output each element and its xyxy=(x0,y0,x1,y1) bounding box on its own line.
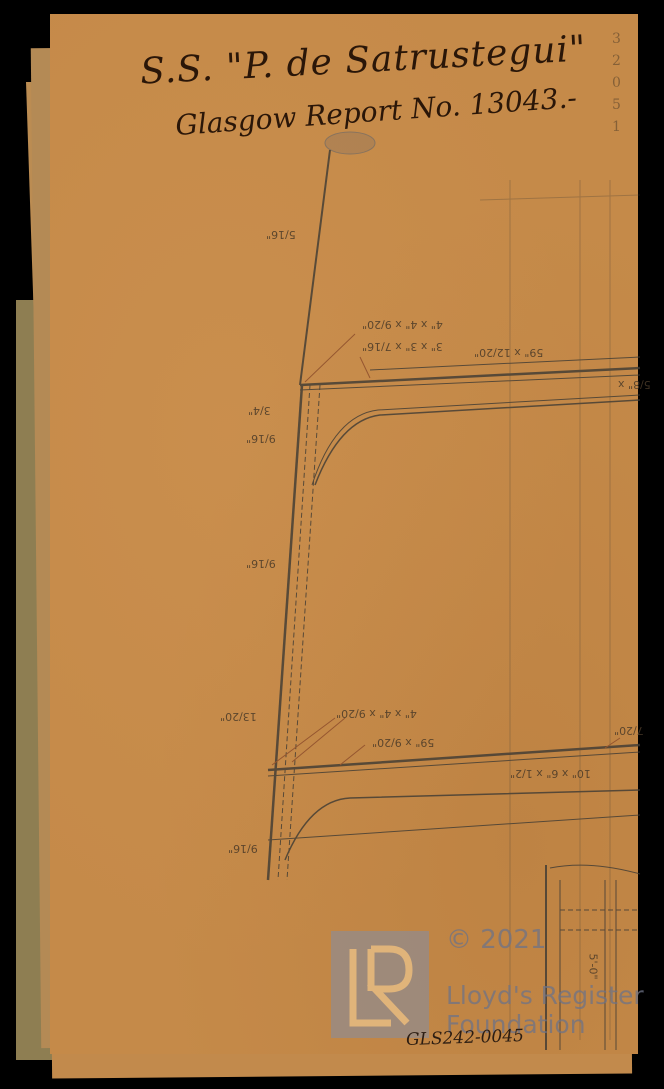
archive-reference: GLS242-0045 xyxy=(406,1026,525,1050)
dimension-label: 9/16" xyxy=(246,432,276,445)
watermark-org-name: Lloyd's Register xyxy=(446,981,644,1010)
edge-mark: 0 xyxy=(612,72,621,94)
dimension-label: 13/20" xyxy=(220,710,257,723)
dimension-label: 3/4" xyxy=(248,404,271,417)
dimension-label: 7/20" xyxy=(614,724,644,737)
watermark-copyright: © 2021 xyxy=(446,925,546,955)
dimension-label: 59" x 9/20" xyxy=(372,736,434,749)
ship-section-drawing xyxy=(0,0,664,1089)
lr-logo xyxy=(331,931,429,1038)
dimension-label: 5/16" xyxy=(266,228,296,241)
dimension-label: 10" x 6" x 1/2" xyxy=(510,767,591,780)
dimension-label: 3" x 3" x 7/16" xyxy=(362,340,443,353)
edge-marks: 3 2 0 5 1 xyxy=(612,28,621,138)
edge-mark: 3 xyxy=(612,28,621,50)
edge-mark: 2 xyxy=(612,50,621,72)
dimension-label: 4" x 4" x 9/20" xyxy=(362,318,443,331)
dimension-label: 5/8" x xyxy=(618,378,651,391)
dimension-label: 5'-0" xyxy=(587,953,600,979)
edge-mark: 1 xyxy=(612,116,621,138)
dimension-label: 9/16" xyxy=(246,557,276,570)
dimension-label: 59" x 12/20" xyxy=(474,346,543,359)
dimension-label: 9/16" xyxy=(228,842,258,855)
lr-logo-icon xyxy=(331,931,429,1038)
dimension-label: 4" x 4" x 9/20" xyxy=(336,707,417,720)
edge-mark: 5 xyxy=(612,94,621,116)
